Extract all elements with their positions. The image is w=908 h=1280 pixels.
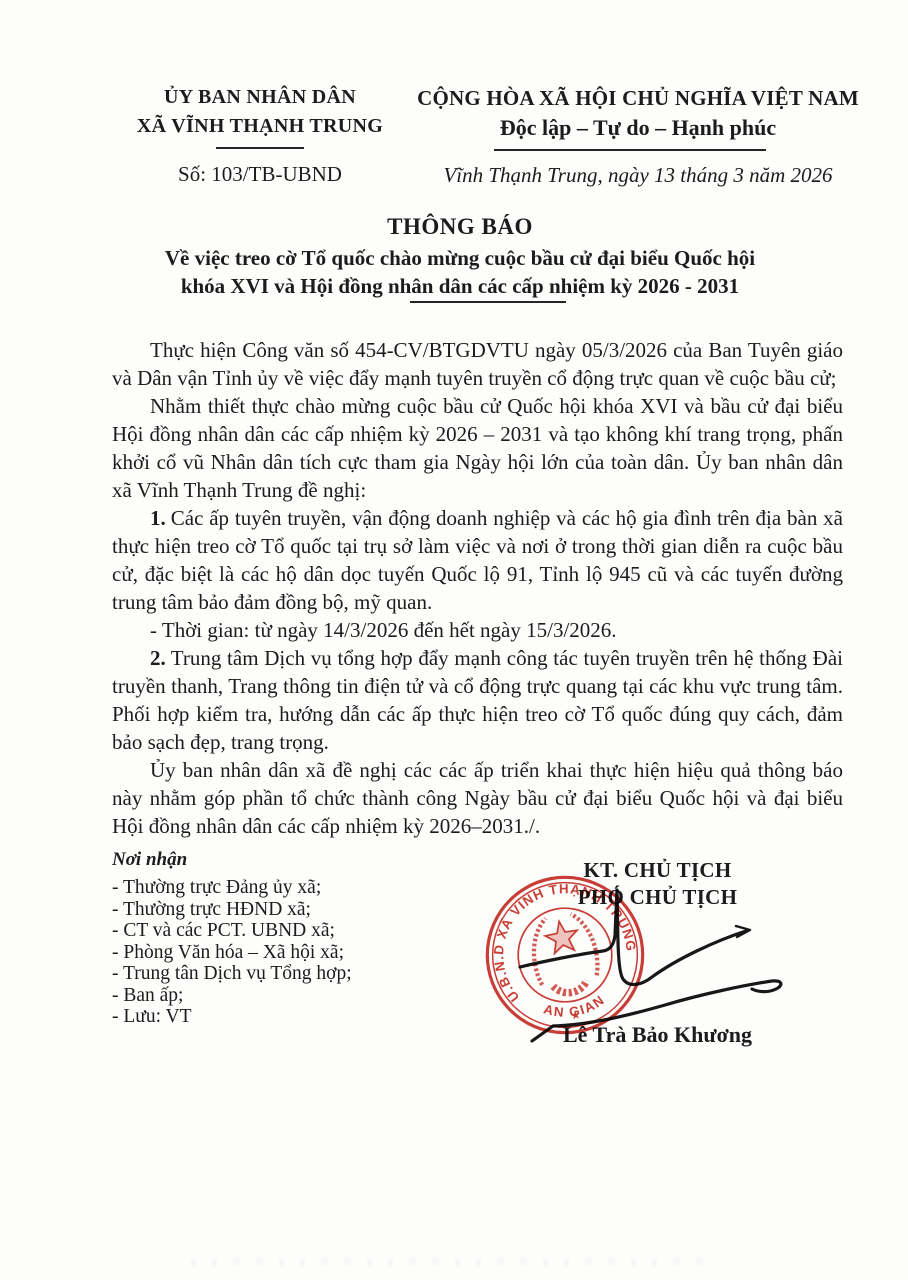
paragraph: Nhằm thiết thực chào mừng cuộc bầu cử Qu… [112, 392, 843, 504]
list-item: - Thường trực HĐND xã; [112, 899, 452, 921]
document-number: Số: 103/TB-UBND [90, 162, 430, 187]
paragraph-text: Nhằm thiết thực chào mừng cuộc bầu cử Qu… [112, 394, 843, 502]
national-header: CỘNG HÒA XÃ HỘI CHỦ NGHĨA VIỆT NAM [408, 86, 868, 111]
issuer-underline [216, 147, 304, 149]
recipients-label: Nơi nhận [112, 849, 452, 871]
body-text: Thực hiện Công văn số 454-CV/BTGDVTU ngà… [112, 336, 843, 840]
list-item: - Trung tân Dịch vụ Tổng hợp; [112, 963, 452, 985]
paragraph-text: - Thời gian: từ ngày 14/3/2026 đến hết n… [150, 618, 617, 642]
document-title: THÔNG BÁO [84, 214, 836, 240]
scan-artifact [190, 1258, 710, 1266]
motto-underline [494, 149, 766, 151]
paragraph-text: Ủy ban nhân dân xã đề nghị các các ấp tr… [112, 758, 843, 838]
document-subtitle-line2: khóa XVI và Hội đồng nhân dân các cấp nh… [84, 272, 836, 300]
paragraph-item-2: 2.Trung tâm Dịch vụ tổng hợp đẩy mạnh cô… [112, 644, 843, 756]
issuer-block: ỦY BAN NHÂN DÂN XÃ VĨNH THẠNH TRUNG [90, 86, 430, 138]
list-item: - Ban ấp; [112, 985, 452, 1007]
document-page: ỦY BAN NHÂN DÂN XÃ VĨNH THẠNH TRUNG Số: … [0, 0, 908, 1280]
paragraph-closing: Ủy ban nhân dân xã đề nghị các các ấp tr… [112, 756, 843, 840]
title-underline [410, 301, 566, 303]
list-item: - CT và các PCT. UBND xã; [112, 920, 452, 942]
recipients-block: Nơi nhận - Thường trực Đảng ủy xã; - Thư… [112, 849, 452, 1028]
list-item: - Lưu: VT [112, 1006, 452, 1028]
paragraph-text: Thực hiện Công văn số 454-CV/BTGDVTU ngà… [112, 338, 843, 390]
signature-stroke-lower [532, 981, 781, 1041]
paragraph-lead: 1. [150, 506, 166, 530]
paragraph-lead: 2. [150, 646, 166, 670]
title-block: THÔNG BÁO Về việc treo cờ Tổ quốc chào m… [84, 214, 836, 300]
issuer-commune: XÃ VĨNH THẠNH TRUNG [90, 115, 430, 138]
issuer-name: ỦY BAN NHÂN DÂN [90, 86, 430, 109]
paragraph-item-1: 1.Các ấp tuyên truyền, vận động doanh ng… [112, 504, 843, 616]
signature-stroke-upper [520, 890, 746, 985]
paragraph: Thực hiện Công văn số 454-CV/BTGDVTU ngà… [112, 336, 843, 392]
place-and-date: Vĩnh Thạnh Trung, ngày 13 tháng 3 năm 20… [408, 163, 868, 188]
paragraph-time: - Thời gian: từ ngày 14/3/2026 đến hết n… [112, 616, 843, 644]
list-item: - Thường trực Đảng ủy xã; [112, 877, 452, 899]
document-subtitle-line1: Về việc treo cờ Tổ quốc chào mừng cuộc b… [84, 244, 836, 272]
paragraph-text: Các ấp tuyên truyền, vận động doanh nghi… [112, 506, 843, 614]
national-motto: Độc lập – Tự do – Hạnh phúc [408, 115, 868, 141]
signature-ink [440, 855, 820, 1065]
national-header-block: CỘNG HÒA XÃ HỘI CHỦ NGHĨA VIỆT NAM Độc l… [408, 86, 868, 141]
list-item: - Phòng Văn hóa – Xã hội xã; [112, 942, 452, 964]
paragraph-text: Trung tâm Dịch vụ tổng hợp đẩy mạnh công… [112, 646, 843, 754]
